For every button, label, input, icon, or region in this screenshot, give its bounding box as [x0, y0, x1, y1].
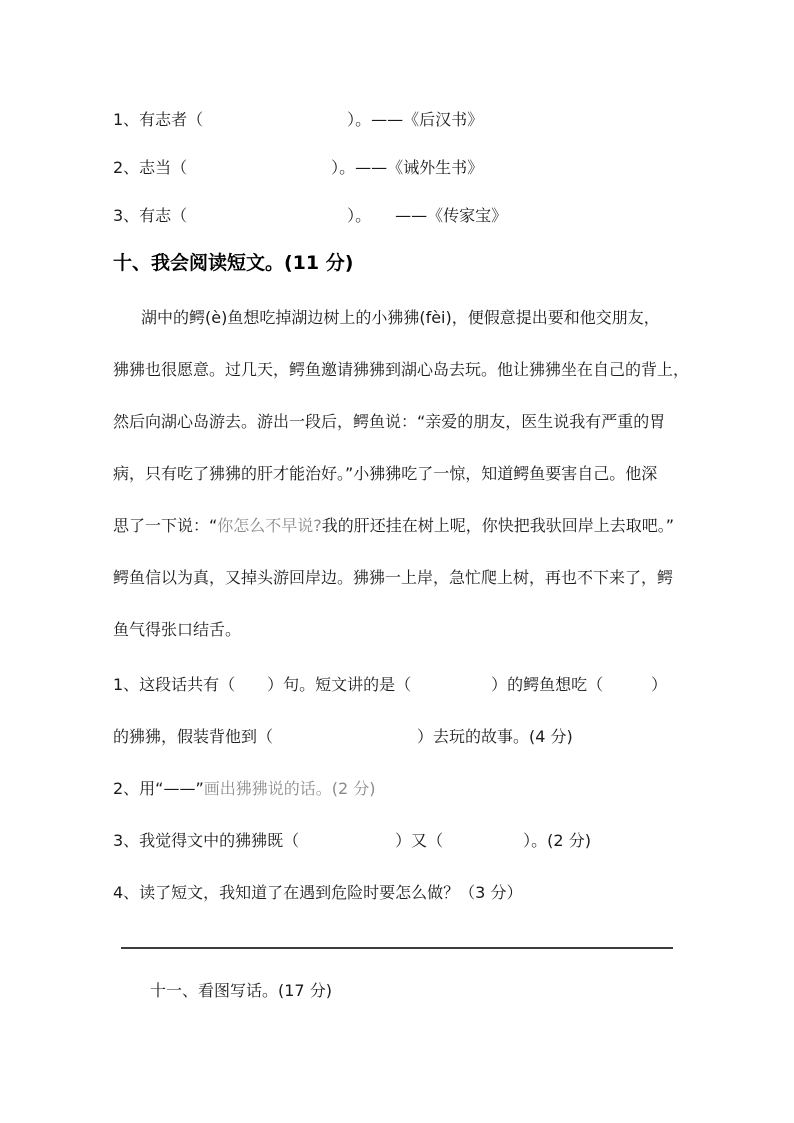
passage-line-5-post: 我的肝还挂在树上呢，你快把我驮回岸上去取吧。”	[322, 516, 674, 535]
question-4: 4、读了短文，我知道了在遇到危险时要怎么做？（3 分）	[113, 867, 694, 919]
passage-line-3: 然后向湖心岛游去。游出一段后，鳄鱼说：“亲爱的朋友，医生说我有严重的胃	[113, 396, 694, 448]
section-title-writing: 十一、看图写话。(17 分)	[150, 966, 694, 1016]
passage-line-2: 狒狒也很愿意。过几天，鳄鱼邀请狒狒到湖心岛去玩。他让狒狒坐在自己的背上，	[113, 344, 694, 396]
quote-line-2: 2、志当（ ）。——《诫外生书》	[113, 144, 694, 192]
question-2: 2、用“——”画出狒狒说的话。(2 分)	[113, 763, 694, 815]
passage-line-6: 鳄鱼信以为真，又掉头游回岸边。狒狒一上岸，急忙爬上树，再也不下来了，鳄	[113, 552, 694, 604]
passage-line-7: 鱼气得张口结舌。	[113, 604, 694, 656]
passage-line-1: 湖中的鳄(è)鱼想吃掉湖边树上的小狒狒(fèi)，便假意提出要和他交朋友，	[113, 292, 694, 344]
section-title-reading: 十、我会阅读短文。(11 分)	[113, 240, 694, 286]
passage-line-5-gray-run: 你怎么不早说?	[217, 516, 322, 535]
quote-line-1: 1、有志者（ ）。——《后汉书》	[113, 96, 694, 144]
question-2-gray-run: 画出狒狒说的话。(2 分)	[204, 779, 376, 798]
reading-passage: 湖中的鳄(è)鱼想吃掉湖边树上的小狒狒(fèi)，便假意提出要和他交朋友， 狒狒…	[113, 292, 694, 656]
question-1-line-1: 1、这段话共有（ ）句。短文讲的是（ ）的鳄鱼想吃（ ）	[113, 659, 694, 711]
exam-paper-page: 1、有志者（ ）。——《后汉书》 2、志当（ ）。——《诫外生书》 3、有志（ …	[0, 0, 794, 1123]
reading-questions: 1、这段话共有（ ）句。短文讲的是（ ）的鳄鱼想吃（ ） 的狒狒，假装背他到（ …	[113, 659, 694, 919]
quote-fill-in-list: 1、有志者（ ）。——《后汉书》 2、志当（ ）。——《诫外生书》 3、有志（ …	[113, 96, 694, 240]
passage-line-5-pre: 思了一下说：“	[113, 516, 217, 535]
question-1-line-2: 的狒狒，假装背他到（ ）去玩的故事。(4 分)	[113, 711, 694, 763]
section-divider-line	[121, 947, 673, 949]
question-3: 3、我觉得文中的狒狒既（ ）又（ ）。(2 分)	[113, 815, 694, 867]
passage-line-4: 病，只有吃了狒狒的肝才能治好。”小狒狒吃了一惊，知道鳄鱼要害自己。他深	[113, 448, 694, 500]
question-2-pre: 2、用“——”	[113, 779, 204, 798]
passage-line-5: 思了一下说：“你怎么不早说?我的肝还挂在树上呢，你快把我驮回岸上去取吧。”	[113, 500, 694, 552]
quote-line-3: 3、有志（ ）。 ——《传家宝》	[113, 192, 694, 240]
